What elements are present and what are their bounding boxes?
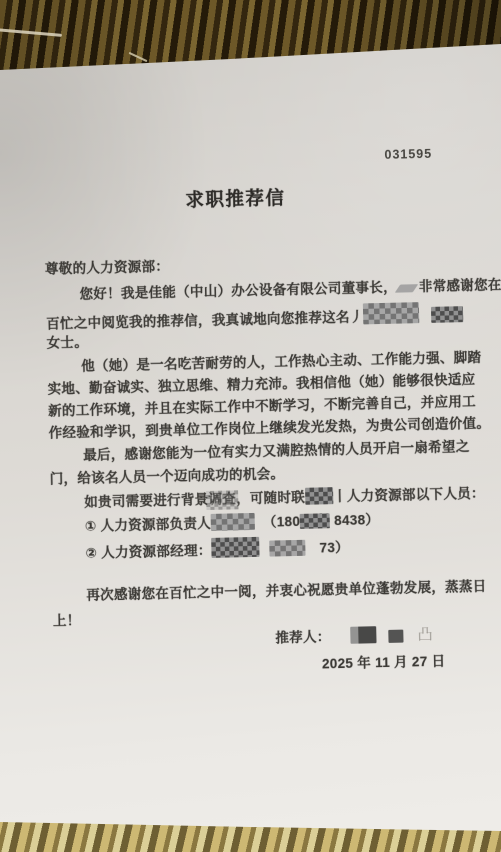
spacer bbox=[420, 319, 432, 320]
letter-text: （180 bbox=[263, 514, 301, 530]
letter-text: 2025 年 11 月 27 日 bbox=[322, 654, 446, 672]
spacer bbox=[404, 638, 418, 639]
letter-text: 实地、勤奋诚实、独立思维、精力充沛。我相信他（她）能够很快适应 bbox=[48, 372, 476, 397]
letter-text: 再次感谢您在百忙之中一阅，并衷心祝愿贵单位蓬勃发展，蒸蒸日 bbox=[86, 579, 486, 603]
signature-mark: 凸 bbox=[417, 626, 433, 643]
letter-line: ① 人力资源部负责人（1808438） bbox=[85, 510, 380, 536]
letter-text: ，可随时联 bbox=[236, 490, 305, 507]
spacer bbox=[306, 551, 320, 552]
redaction-mosaic bbox=[269, 540, 305, 557]
letter-line: 他（她）是一名吃苦耐劳的人，工作热心主动、工作能力强、脚踏 bbox=[81, 350, 481, 376]
letter-line: 女士。 bbox=[46, 335, 88, 353]
letter-text: 最后，感谢您能为一位有实力又满腔热情的人员开启一扇希望之 bbox=[83, 439, 470, 463]
letter-line: 百忙之中阅览我的推荐信，我真诚地向您推荐这名丿 bbox=[46, 301, 464, 333]
redaction-mosaic bbox=[211, 513, 255, 531]
letter-line: 推荐人：凸 bbox=[275, 625, 433, 648]
redaction-mosaic bbox=[431, 306, 463, 323]
partially-redacted-text: 调查 bbox=[208, 491, 236, 508]
letter-text: 丨人力资源部以下人员： bbox=[333, 486, 485, 504]
redaction-mosaic bbox=[350, 626, 376, 644]
letter-paper: 031595 求职推荐信 尊敬的人力资源部：您好！我是佳能（中山）办公设备有限公… bbox=[0, 0, 501, 852]
redaction-mosaic bbox=[305, 487, 333, 505]
spacer bbox=[377, 639, 389, 640]
letter-text: 您好！我是佳能（中山）办公设备有限公司董事长， bbox=[79, 280, 397, 302]
letter-text: 8438） bbox=[334, 512, 379, 528]
redaction-mosaic bbox=[363, 302, 419, 324]
letter-line: 如贵司需要进行背景调查，可随时联丨人力资源部以下人员： bbox=[84, 484, 485, 512]
letter-line: 您好！我是佳能（中山）办公设备有限公司董事长，非常感谢您在 bbox=[79, 277, 501, 303]
letter-line: 再次感谢您在百忙之中一阅，并衷心祝愿贵单位蓬勃发展，蒸蒸日 bbox=[86, 579, 486, 605]
letter-text: 新的工作环境，并且在实际工作中不断学习，不断完善自己，并应用工 bbox=[48, 394, 476, 419]
document-number: 031595 bbox=[384, 147, 432, 162]
redaction-mosaic bbox=[211, 537, 259, 558]
spacer bbox=[260, 553, 270, 554]
letter-line: 2025 年 11 月 27 日 bbox=[322, 654, 446, 674]
letter-line: 作经验和学识，到贵单位工作岗位上继续发光发热，为贵公司创造价值。 bbox=[49, 416, 491, 443]
letter-text: 他（她）是一名吃苦耐劳的人，工作热心主动、工作能力强、脚踏 bbox=[81, 350, 481, 374]
letter-line: 尊敬的人力资源部： bbox=[45, 259, 170, 279]
letter-text: 上！ bbox=[53, 613, 81, 629]
letter-line: 门，给该名人员一个迈向成功的机会。 bbox=[50, 466, 285, 488]
letter-content: 031595 求职推荐信 尊敬的人力资源部：您好！我是佳能（中山）办公设备有限公… bbox=[0, 0, 501, 852]
letter-title: 求职推荐信 bbox=[185, 184, 286, 212]
redaction-mosaic bbox=[300, 513, 330, 529]
letter-text: 非常感谢您在 bbox=[419, 277, 501, 294]
letter-line: ② 人力资源部经理：73） bbox=[85, 535, 349, 563]
photo-of-letter: 031595 求职推荐信 尊敬的人力资源部：您好！我是佳能（中山）办公设备有限公… bbox=[0, 0, 501, 852]
redaction-mosaic bbox=[388, 630, 403, 643]
letter-text: 百忙之中阅览我的推荐信，我真诚地向您推荐这名丿 bbox=[46, 309, 364, 331]
letter-text: 女士。 bbox=[46, 335, 88, 351]
letter-text: 尊敬的人力资源部： bbox=[45, 259, 170, 277]
letter-line: 最后，感谢您能为一位有实力又满腔热情的人员开启一扇希望之 bbox=[83, 439, 470, 465]
redaction-smudge bbox=[395, 284, 418, 293]
letter-text: 门，给该名人员一个迈向成功的机会。 bbox=[50, 466, 285, 486]
letter-text: 作经验和学识，到贵单位工作岗位上继续发光发热，为贵公司创造价值。 bbox=[49, 416, 491, 441]
spacer bbox=[331, 640, 351, 641]
spacer bbox=[255, 526, 263, 527]
letter-text: ② 人力资源部经理： bbox=[85, 543, 211, 561]
letter-text: 推荐人： bbox=[275, 629, 331, 645]
letter-text: ① 人力资源部负责人 bbox=[85, 516, 211, 534]
letter-text: 73） bbox=[319, 540, 349, 556]
letter-line: 上！ bbox=[53, 613, 81, 630]
letter-text: 如贵司需要进行背景 bbox=[84, 492, 209, 510]
